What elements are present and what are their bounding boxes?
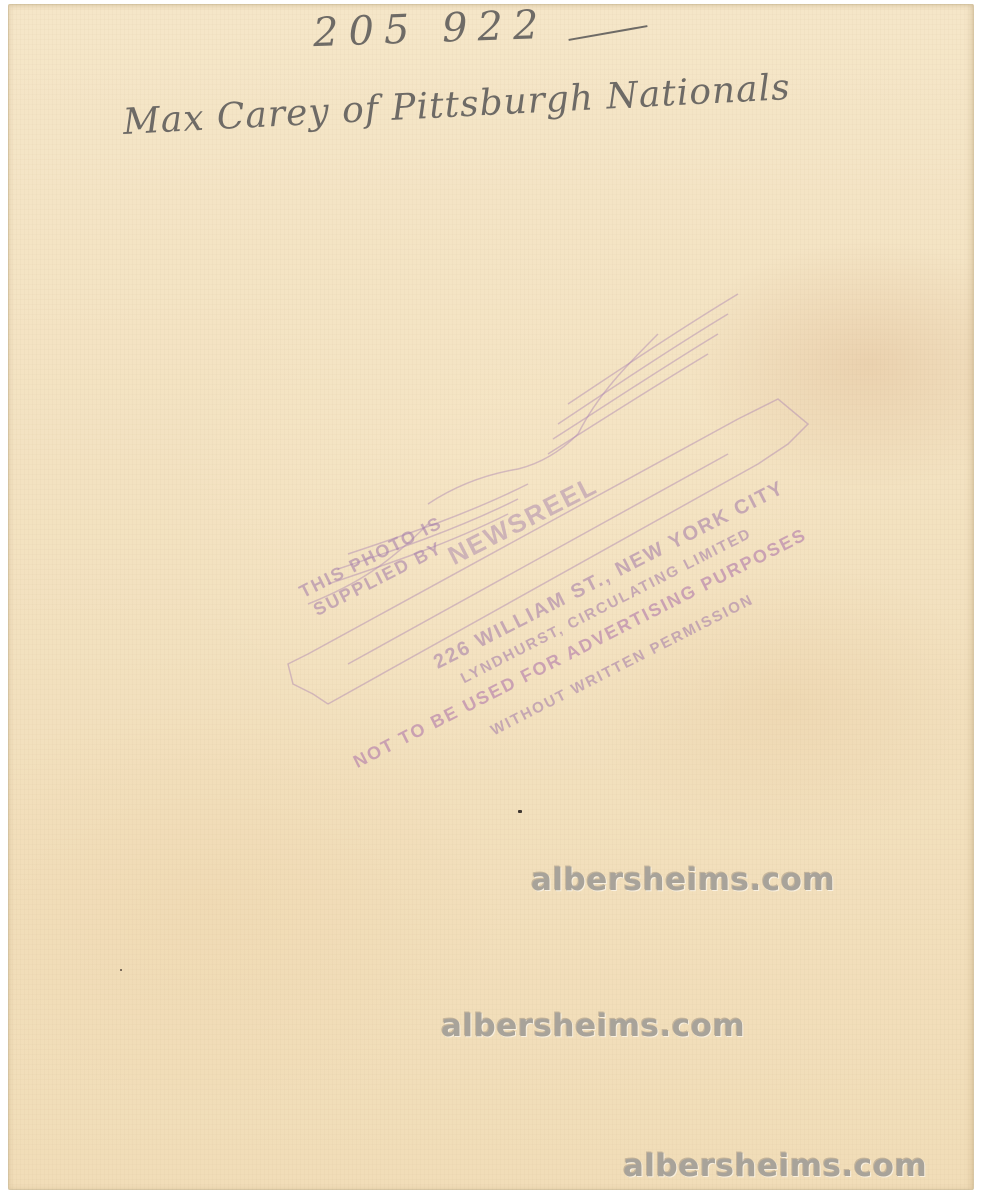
handwritten-caption: Max Carey of Pittsburgh Nationals <box>122 67 792 143</box>
watermark: albersheims.com <box>441 1008 745 1044</box>
ink-speck <box>518 810 522 813</box>
watermark: albersheims.com <box>531 862 835 898</box>
catalog-underline <box>568 25 647 41</box>
catalog-number: 205 922 <box>312 2 549 56</box>
ink-speck <box>120 969 122 971</box>
newsreel-stamp: THIS PHOTO IS SUPPLIED BY NEWSREEL 226 W… <box>268 284 868 734</box>
watermark: albersheims.com <box>623 1148 927 1184</box>
